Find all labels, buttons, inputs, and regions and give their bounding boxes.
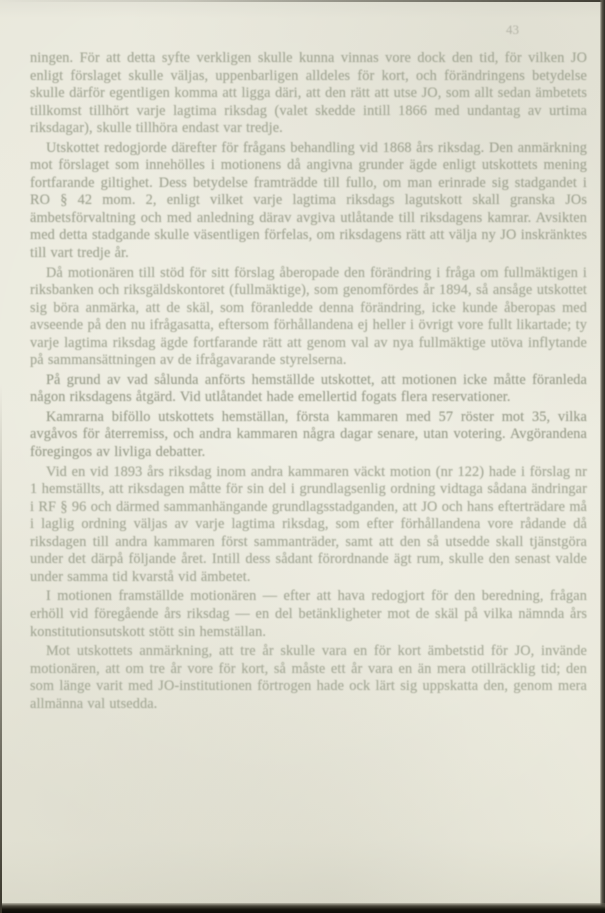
scanned-page: 43 ningen. För att detta syfte verkligen… bbox=[0, 0, 605, 913]
page-number: 43 bbox=[506, 22, 519, 38]
scan-edge-bottom bbox=[0, 903, 605, 913]
paragraph-continuation: ningen. För att detta syfte verkligen sk… bbox=[30, 50, 587, 138]
paragraph: Kamrarna biföllo utskottets hemställan, … bbox=[30, 409, 587, 462]
paragraph: På grund av vad sålunda anförts hemställ… bbox=[30, 372, 587, 407]
paragraph: I motionen framställde motionären — efte… bbox=[30, 588, 587, 641]
page-text: ningen. För att detta syfte verkligen sk… bbox=[30, 50, 587, 715]
scan-edge-left bbox=[0, 0, 2, 913]
scan-edge-right bbox=[600, 0, 605, 913]
paragraph: Vid en vid 1893 års riksdag inom andra k… bbox=[30, 464, 587, 587]
scan-edge-top bbox=[0, 0, 605, 2]
paragraph: Utskottet redogjorde därefter för frågan… bbox=[30, 140, 587, 263]
paragraph: Då motionären till stöd för sitt förslag… bbox=[30, 265, 587, 370]
paragraph: Mot utskottets anmärkning, att tre år sk… bbox=[30, 643, 587, 713]
